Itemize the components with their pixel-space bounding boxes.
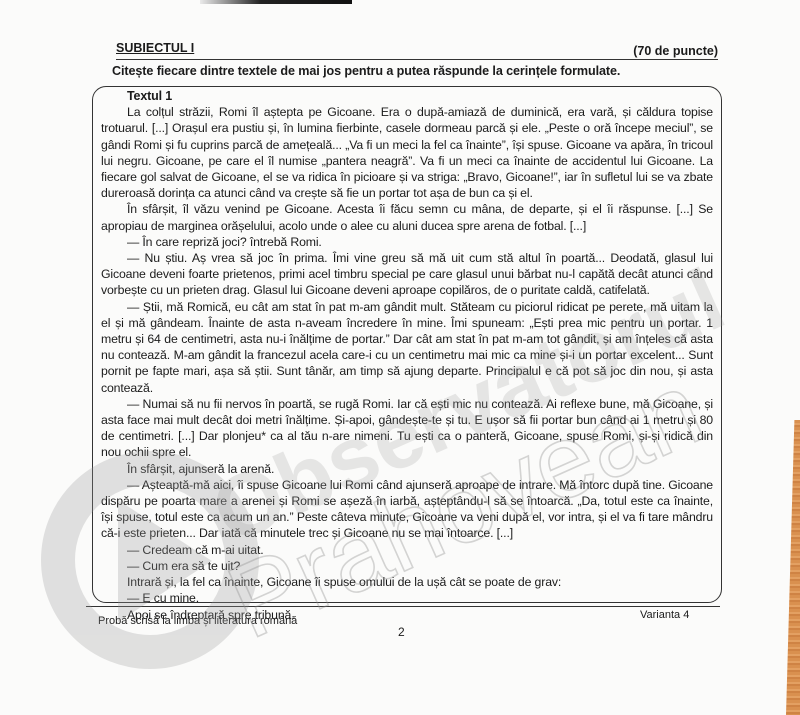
footer-divider [86, 606, 720, 607]
text-paragraph: — E cu mine. [127, 590, 713, 606]
footer-variant: Varianta 4 [640, 609, 689, 621]
text-1-box: Textul 1 La colțul străzii, Romi îl aște… [92, 86, 722, 603]
section-header: SUBIECTUL I (70 de puncte) [116, 41, 718, 60]
text-paragraph: — Cum era să te uit? [127, 558, 713, 574]
text-paragraph: — Numai să nu fii nervos în poartă, se r… [101, 396, 713, 461]
text-paragraph: — Așteaptă-mă aici, îi spuse Gicoane lui… [101, 477, 713, 542]
text-paragraph: Intrară și, la fel ca înainte, Gicoane î… [127, 574, 713, 590]
page-number: 2 [398, 625, 405, 639]
footer-exam-name: Probă scrisă la limba și literatura româ… [98, 615, 297, 627]
instruction-text: Citește fiecare dintre textele de mai jo… [112, 64, 620, 78]
text-1-content: Textul 1 La colțul străzii, Romi îl aște… [101, 88, 713, 623]
subject-title: SUBIECTUL I [116, 41, 194, 55]
text-1-title: Textul 1 [127, 88, 713, 104]
text-paragraph: În sfârșit, ajunseră la arenă. [101, 461, 713, 477]
text-paragraph: La colțul străzii, Romi îl aștepta pe Gi… [101, 104, 713, 201]
text-paragraph: — Credeam că m-ai uitat. [127, 542, 713, 558]
text-paragraph: — Nu știu. Aș vrea să joc în prima. Îmi … [101, 250, 713, 299]
text-paragraph: — Știi, mă Romică, eu cât am stat în pat… [101, 299, 713, 396]
text-paragraph: — În care repriză joci? întrebă Romi. [127, 234, 713, 250]
text-paragraph: În sfârșit, îl văzu venind pe Gicoane. A… [101, 201, 713, 233]
subject-points: (70 de puncte) [633, 44, 718, 58]
wooden-table-edge [786, 420, 800, 715]
exam-page: SUBIECTUL I (70 de puncte) Citește fieca… [0, 0, 800, 715]
photo-edge-shadow [200, 0, 352, 4]
